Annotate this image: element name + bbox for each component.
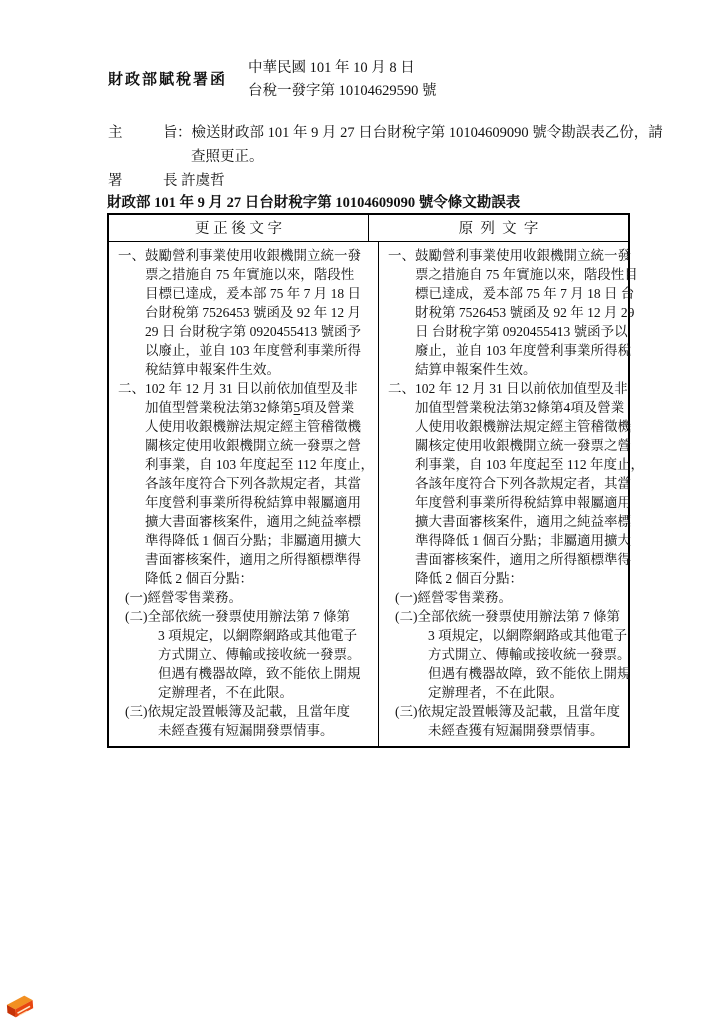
- text-line: 利事業，自 103 年度起至 112 年度止，: [118, 455, 374, 474]
- text-line: 財稅第 7526453 號函及 92 年 12 月 29: [388, 303, 644, 322]
- corrected-column-body: 一、鼓勵營利事業使用收銀機開立統一發票之措施自 75 年實施以來，階段性目標已達…: [109, 242, 378, 746]
- text-line: 人使用收銀機辦法規定經主管稽徵機: [118, 417, 374, 436]
- document-page: 財政部賦稅署函 中華民國 101 年 10 月 8 日 台稅一發字第 10104…: [0, 0, 724, 1024]
- text-line: (二)全部依統一發票使用辦法第 7 條第: [388, 607, 644, 626]
- text-line: 降低 2 個百分點：: [118, 569, 374, 588]
- text-line: 票之措施自 75 年實施以來，階段性目: [388, 265, 644, 284]
- text-line: 台財稅第 7526453 號函及 92 年 12 月: [118, 303, 374, 322]
- text-line: 結算申報案件生效。: [388, 360, 644, 379]
- text-line: 二、102 年 12 月 31 日以前依加值型及非: [118, 379, 374, 398]
- text-line: 標已達成，爰本部 75 年 7 月 18 日 台: [388, 284, 644, 303]
- text-line: 日 台財稅字第 0920455413 號函予以: [388, 322, 644, 341]
- errata-table-header-row: 更 正 後 文 字 原 列 文 字: [109, 215, 628, 242]
- text-line: 一、鼓勵營利事業使用收銀機開立統一發: [118, 246, 374, 265]
- text-line: 各該年度符合下列各款規定者，其當: [118, 474, 374, 493]
- original-column-header: 原 列 文 字: [368, 215, 628, 241]
- letter-doc-number: 台稅一發字第 10104629590 號: [248, 79, 437, 100]
- text-line: 稅結算申報案件生效。: [118, 360, 374, 379]
- text-line: 但遇有機器故障，致不能依上開規: [388, 664, 644, 683]
- text-line: 未經查獲有短漏開發票情事。: [118, 721, 374, 740]
- errata-table-body: 一、鼓勵營利事業使用收銀機開立統一發票之措施自 75 年實施以來，階段性目標已達…: [109, 242, 628, 746]
- text-line: 書面審核案件，適用之所得額標準得: [388, 550, 644, 569]
- text-line: (一)經營零售業務。: [118, 588, 374, 607]
- signer-title-label: 署: [108, 169, 123, 190]
- subject-label-2: 旨: [163, 121, 178, 142]
- publisher-brick-logo-icon: [5, 993, 35, 1019]
- text-line: (二)全部依統一發票使用辦法第 7 條第: [118, 607, 374, 626]
- text-line: 以廢止，並自 103 年度營利事業所得: [118, 341, 374, 360]
- text-line: 方式開立、傳輸或接收統一發票。: [118, 645, 374, 664]
- text-line: 方式開立、傳輸或接收統一發票。: [388, 645, 644, 664]
- subject-text-line2: 查照更正。: [191, 145, 264, 166]
- text-line: 一、鼓勵營利事業使用收銀機開立統一發: [388, 246, 644, 265]
- text-line: 廢止，並自 103 年度營利事業所得稅: [388, 341, 644, 360]
- text-line: 書面審核案件，適用之所得額標準得: [118, 550, 374, 569]
- text-line: 加值型營業稅法第32條第4項及營業: [388, 398, 644, 417]
- text-line: 3 項規定，以網際網路或其他電子: [118, 626, 374, 645]
- text-line: 關核定使用收銀機開立統一發票之營: [388, 436, 644, 455]
- text-line: (三)依規定設置帳簿及記載，且當年度: [388, 702, 644, 721]
- subject-text-line1: ：檢送財政部 101 年 9 月 27 日台財稅字第 10104609090 號…: [177, 121, 663, 142]
- text-line: 票之措施自 75 年實施以來，階段性: [118, 265, 374, 284]
- text-line: 擴大書面審核案件，適用之純益率標: [118, 512, 374, 531]
- text-line: 準得降低 1 個百分點；非屬適用擴大: [118, 531, 374, 550]
- text-line: 利事業，自 103 年度起至 112 年度止，: [388, 455, 644, 474]
- errata-table: 更 正 後 文 字 原 列 文 字 一、鼓勵營利事業使用收銀機開立統一發票之措施…: [107, 213, 630, 748]
- text-line: 定辦理者，不在此限。: [388, 683, 644, 702]
- original-column-body: 一、鼓勵營利事業使用收銀機開立統一發票之措施自 75 年實施以來，階段性目標已達…: [378, 242, 648, 746]
- text-line: 年度營利事業所得稅結算申報屬適用: [118, 493, 374, 512]
- text-line: 目標已達成，爰本部 75 年 7 月 18 日: [118, 284, 374, 303]
- text-line: (三)依規定設置帳簿及記載，且當年度: [118, 702, 374, 721]
- text-line: 擴大書面審核案件，適用之純益率標: [388, 512, 644, 531]
- corrected-column-header: 更 正 後 文 字: [109, 215, 368, 241]
- signer-name: 長 許虞哲: [163, 169, 225, 190]
- errata-table-title: 財政部 101 年 9 月 27 日台財稅字第 10104609090 號令條文…: [107, 191, 520, 212]
- text-line: 準得降低 1 個百分點；非屬適用擴大: [388, 531, 644, 550]
- text-line: 定辦理者，不在此限。: [118, 683, 374, 702]
- text-line: 各該年度符合下列各款規定者，其當: [388, 474, 644, 493]
- text-line: 未經查獲有短漏開發票情事。: [388, 721, 644, 740]
- sender-agency: 財政部賦稅署函: [108, 68, 227, 89]
- text-line: 年度營利事業所得稅結算申報屬適用: [388, 493, 644, 512]
- subject-label: 主: [108, 121, 123, 142]
- text-line: (一)經營零售業務。: [388, 588, 644, 607]
- text-line: 人使用收銀機辦法規定經主管稽徵機: [388, 417, 644, 436]
- text-line: 但遇有機器故障，致不能依上開規: [118, 664, 374, 683]
- text-line: 3 項規定，以網際網路或其他電子: [388, 626, 644, 645]
- text-line: 二、102 年 12 月 31 日以前依加值型及非: [388, 379, 644, 398]
- text-line: 關核定使用收銀機開立統一發票之營: [118, 436, 374, 455]
- text-line: 加值型營業稅法第32條第5項及營業: [118, 398, 374, 417]
- text-line: 降低 2 個百分點：: [388, 569, 644, 588]
- text-line: 29 日 台財稅字第 0920455413 號函予: [118, 322, 374, 341]
- letter-date: 中華民國 101 年 10 月 8 日: [248, 56, 415, 77]
